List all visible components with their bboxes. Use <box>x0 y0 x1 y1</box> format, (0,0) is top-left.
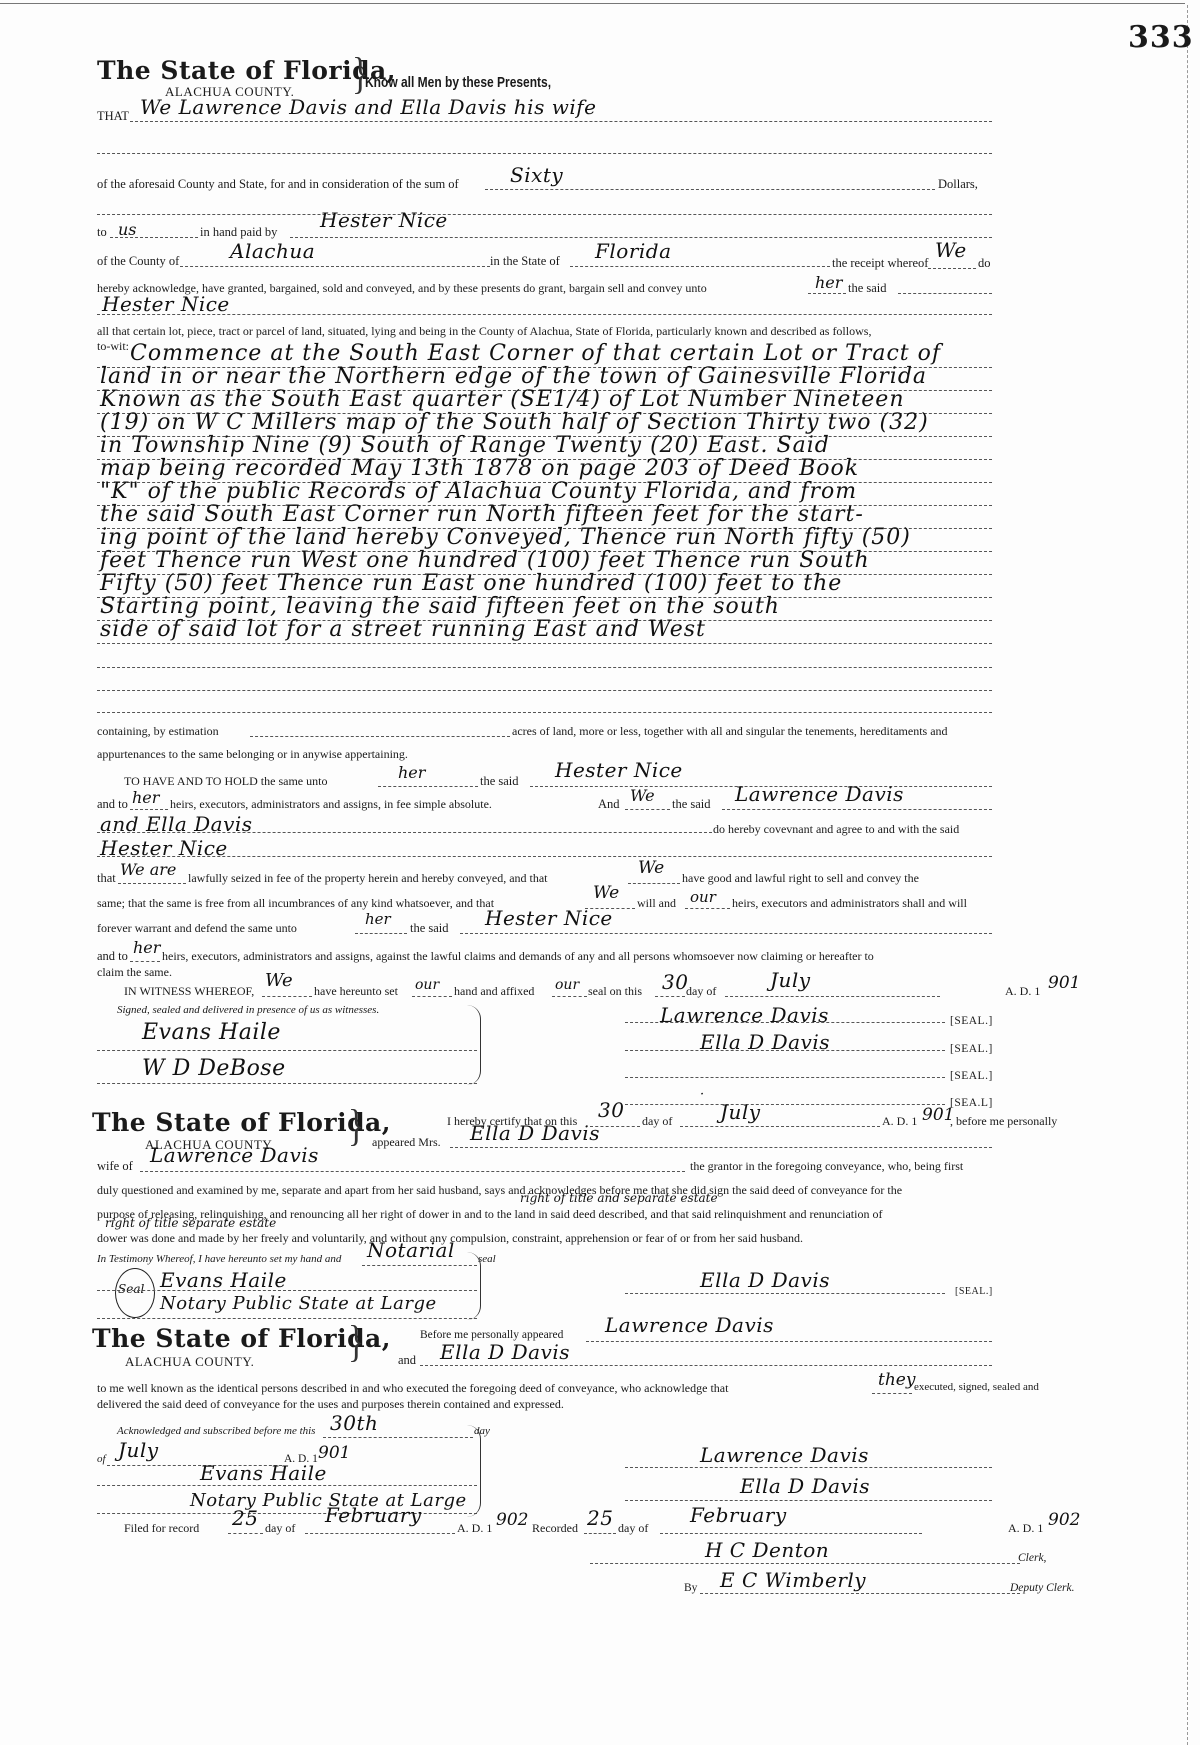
description-line: "K" of the public Records of Alachua Cou… <box>100 481 857 503</box>
seal-on-label: seal on this <box>588 985 642 997</box>
insert-annotation: right of title separate estate <box>105 1217 276 1229</box>
and-label: and <box>398 1354 416 1367</box>
they-line <box>872 1393 912 1394</box>
our-value: our <box>690 890 716 905</box>
habendum-grantors-2: and Ella Davis <box>100 814 253 834</box>
executed-text: executed, signed, sealed and <box>914 1382 1039 1393</box>
person-2: Ella D Davis <box>440 1342 570 1362</box>
sum-value: Sixty <box>510 165 563 185</box>
habendum-said: Hester Nice <box>555 760 683 780</box>
deputy-label: Deputy Clerk. <box>1010 1583 1075 1595</box>
witness-day: 30 <box>662 972 688 992</box>
and-to-value: her <box>132 790 159 806</box>
the-said-label: the said <box>672 798 711 811</box>
forever-said: Hester Nice <box>485 908 613 928</box>
to-value: us <box>118 222 137 238</box>
know-all-men: Know all Men by these Presents, <box>365 74 551 91</box>
the-said-label: the said <box>848 282 887 295</box>
ack-day-line <box>323 1437 473 1438</box>
person-1: Lawrence Davis <box>605 1315 774 1335</box>
page-top-border <box>0 3 1185 4</box>
to-wit-label: to-wit: <box>97 340 129 352</box>
wife-signature: Ella D Davis <box>700 1270 830 1290</box>
signature-line <box>625 1022 945 1023</box>
duly-text: duly questioned and examined by me, sepa… <box>97 1184 902 1196</box>
ack-signature-line <box>625 1467 992 1468</box>
description-rule <box>97 712 992 713</box>
description-rule <box>97 643 992 644</box>
ack-bracket <box>462 1425 481 1517</box>
habendum-grantors-1: Lawrence Davis <box>735 784 904 804</box>
wife-seal-label: [SEAL.] <box>955 1286 993 1297</box>
ack-year: 901 <box>318 1445 350 1462</box>
county-of-value: Alachua <box>230 241 315 261</box>
person-2-line <box>420 1365 992 1366</box>
aforesaid-text: of the aforesaid County and State, for a… <box>97 178 459 191</box>
that-label: THAT <box>97 110 129 123</box>
wife-of-line <box>140 1171 685 1172</box>
seal-value: our <box>555 978 579 992</box>
person-1-line <box>586 1341 992 1342</box>
signed-text: Signed, sealed and delivered in presence… <box>117 1005 379 1016</box>
seal-label: [SEAL.] <box>950 1070 993 1082</box>
page-right-border <box>1187 5 1188 1745</box>
state-of-value: Florida <box>595 241 672 261</box>
appeared-line <box>450 1147 992 1148</box>
page-number: 333 <box>1128 20 1194 55</box>
ack-notary-signature: Evans Haile <box>200 1463 327 1483</box>
seal-line <box>552 996 587 997</box>
warranty-that-line <box>118 883 186 884</box>
description-line: map being recorded May 13th 1878 on page… <box>100 458 859 480</box>
seal-type: Notarial <box>367 1240 455 1260</box>
clerk-signature: H C Denton <box>705 1540 829 1560</box>
month-line <box>725 996 940 997</box>
habendum-unto-line <box>378 786 478 787</box>
filed-day: 25 <box>232 1508 258 1528</box>
filed-year: 902 <box>496 1512 528 1529</box>
brace: } <box>348 1102 364 1151</box>
grantors-2-line <box>97 832 712 833</box>
by-label: By <box>684 1583 697 1595</box>
description-rule <box>97 690 992 691</box>
county-of-line <box>180 266 490 267</box>
seal-label: [SEA.L] <box>950 1097 993 1109</box>
signature-line <box>625 1104 945 1105</box>
recorded-day-of-label: day of <box>618 1522 648 1534</box>
grantors-line <box>130 121 992 122</box>
forever-unto-line <box>355 933 407 934</box>
testimony-text: In Testimony Whereof, I have hereunto se… <box>97 1254 341 1265</box>
ack-signature: Ella D Davis <box>740 1476 870 1496</box>
witness-year: 901 <box>1048 975 1080 992</box>
will-who: We <box>593 885 619 902</box>
description-line: land in or near the Northern edge of the… <box>100 366 927 388</box>
description-line: in Township Nine (9) South of Range Twen… <box>100 435 830 457</box>
filed-ad-label: A. D. 1 <box>457 1522 492 1534</box>
notary-seal-stamp-text: Seal <box>118 1283 144 1295</box>
certify-day-of-label: day of <box>642 1115 672 1127</box>
warranty-that-label: that <box>97 872 116 885</box>
grantor-text: the grantor in the foregoing conveyance,… <box>690 1160 963 1172</box>
witness-label: IN WITNESS WHEREOF, <box>124 985 254 997</box>
description-line: the said South East Corner run North fif… <box>100 504 864 526</box>
warranty-and-to-line <box>130 961 160 962</box>
ack-label: Acknowledged and subscribed before me th… <box>117 1426 315 1437</box>
description-line: Commence at the South East Corner of tha… <box>130 343 941 365</box>
said-line <box>898 293 992 294</box>
hand-line <box>412 996 452 997</box>
to-label: to <box>97 226 107 239</box>
filed-day-of-label: day of <box>265 1522 295 1534</box>
witness-who: We <box>265 972 293 990</box>
notary-bracket <box>462 1252 481 1320</box>
recorded-ad-label: A. D. 1 <box>1008 1522 1043 1534</box>
do-label: do <box>978 257 991 270</box>
habendum-label: TO HAVE AND TO HOLD the same unto <box>124 775 327 787</box>
deputy-line <box>700 1593 1020 1594</box>
acres-text: acres of land, more or less, together wi… <box>512 725 948 737</box>
warranty-and-to: her <box>133 940 160 956</box>
warranty-and-to-label: and to <box>97 950 128 963</box>
wife-of-label: wife of <box>97 1160 133 1173</box>
known-text: to me well known as the identical person… <box>97 1382 728 1394</box>
description-line: Starting point, leaving the said fifteen… <box>100 596 780 618</box>
acres-line <box>250 736 510 737</box>
notary-signature: Evans Haile <box>160 1270 287 1290</box>
recorded-month: February <box>690 1505 787 1525</box>
filed-month-line <box>305 1533 455 1534</box>
heirs-text: heirs, executors, administrators and ass… <box>170 798 492 810</box>
certify-day: 30 <box>598 1100 624 1120</box>
seal-label: [SEAL.] <box>950 1015 993 1027</box>
right-who-line <box>628 883 680 884</box>
ack-signature-line <box>625 1500 992 1501</box>
day-of-label: day of <box>686 985 716 997</box>
certify-month: July <box>720 1102 761 1122</box>
grantee-line <box>97 314 992 315</box>
clerk-label: Clerk, <box>1018 1553 1046 1565</box>
ack-signature: Lawrence Davis <box>700 1445 869 1465</box>
receipt-line <box>928 268 976 269</box>
appurtenances-text: appurtenances to the same belonging or i… <box>97 748 408 760</box>
unto-line <box>808 293 846 294</box>
witness-line <box>97 1083 477 1084</box>
set-label: have hereunto set <box>314 985 398 997</box>
ack-of-label: of <box>97 1454 106 1465</box>
covenantee-line <box>97 856 992 857</box>
paid-by-label: in hand paid by <box>200 226 277 239</box>
grantor-signature: Ella D Davis <box>700 1032 830 1052</box>
wife-signature-line <box>625 1293 945 1294</box>
filed-month: February <box>325 1505 422 1525</box>
appeared-label: appeared Mrs. <box>372 1136 441 1148</box>
affixed-label: hand and affixed <box>454 985 534 997</box>
clerk-line <box>590 1563 1020 1564</box>
state-heading: The State of Florida, <box>92 1108 391 1137</box>
containing-label: containing, by estimation <box>97 725 219 737</box>
sum-line <box>485 189 935 190</box>
signature-line <box>625 1050 945 1051</box>
notary-title: Notary Public State at Large <box>160 1295 437 1313</box>
ad-label: A. D. 1 <box>1005 985 1040 997</box>
ack-day: 30th <box>330 1413 378 1433</box>
unto-value: her <box>815 275 842 291</box>
warranty-heirs-text: heirs, executors and administrators shal… <box>732 897 967 909</box>
certify-month-line <box>680 1126 880 1127</box>
recorded-label: Recorded <box>532 1522 578 1534</box>
right-text: have good and lawful right to sell and c… <box>682 872 919 884</box>
right-who: We <box>638 860 664 877</box>
forever-said-line <box>460 933 992 934</box>
will-label: will and <box>637 897 676 909</box>
blank-line <box>97 214 992 215</box>
description-rule <box>97 667 992 668</box>
county-heading: ALACHUA COUNTY. <box>125 1354 254 1370</box>
filed-day-line <box>228 1533 263 1534</box>
deed-page: 333 The State of Florida, ALACHUA COUNTY… <box>0 0 1200 1745</box>
free-text: same; that the same is free from all inc… <box>97 897 494 909</box>
witness-month: July <box>770 970 811 990</box>
forever-text: forever warrant and defend the same unto <box>97 922 297 934</box>
notary-title-line <box>97 1318 477 1319</box>
appeared-value: Ella D Davis <box>470 1123 600 1143</box>
recorded-month-line <box>660 1533 922 1534</box>
our-line <box>685 908 730 909</box>
habendum-said-label: the said <box>480 775 519 788</box>
paid-by-value: Hester Nice <box>320 210 448 230</box>
recorded-day: 25 <box>587 1508 613 1528</box>
certify-ad-label: A. D. 1 <box>882 1115 917 1127</box>
county-of-label: of the County of <box>97 255 179 268</box>
receipt-who: We <box>935 240 967 260</box>
insert-annotation: right of title and separate estate <box>520 1192 718 1204</box>
against-text: heirs, executors, administrators and ass… <box>162 950 874 962</box>
description-line: ing point of the land hereby Conveyed, T… <box>100 527 911 549</box>
description-line: feet Thence run West one hundred (100) f… <box>100 550 870 572</box>
recorded-year: 902 <box>1048 1512 1080 1529</box>
description-line: Known as the South East quarter (SE1/4) … <box>100 389 905 411</box>
seized-text: lawfully seized in fee of the property h… <box>188 872 548 884</box>
grantee-value: Hester Nice <box>102 294 230 314</box>
paid-by-line <box>290 237 992 238</box>
seal-type-line <box>362 1265 477 1266</box>
grantor-signature: · <box>700 1088 704 1101</box>
and-to-line <box>130 809 168 810</box>
forever-said-label: the said <box>410 922 449 935</box>
and-label: And <box>598 798 620 811</box>
ack-notary-line <box>97 1485 477 1486</box>
receipt-label: the receipt whereof <box>832 257 928 270</box>
and-who-line <box>625 809 670 810</box>
grantors-value: We Lawrence Davis and Ella Davis his wif… <box>140 97 596 117</box>
state-heading: The State of Florida, <box>92 1324 391 1353</box>
signature-line <box>625 1077 945 1078</box>
description-line: Fifty (50) feet Thence run East one hund… <box>100 573 842 595</box>
description-line: side of said lot for a street running Ea… <box>100 619 706 641</box>
forever-unto: her <box>365 912 391 927</box>
dollars-label: Dollars, <box>938 178 978 191</box>
notary-line <box>97 1290 477 1291</box>
blank-line <box>97 153 992 154</box>
and-to-label: and to <box>97 798 128 811</box>
day-line <box>655 996 685 997</box>
brace: } <box>348 1318 364 1367</box>
witness-who-line <box>262 996 312 997</box>
covenant-text: do hereby covevnant and agree to and wit… <box>713 823 959 835</box>
and-who: We <box>630 788 655 804</box>
covenantee-value: Hester Nice <box>100 838 228 858</box>
witness-line <box>97 1050 477 1051</box>
deputy-signature: E C Wimberly <box>720 1570 866 1590</box>
grantors-line <box>722 809 992 810</box>
they-value: they <box>878 1372 915 1389</box>
witness-signature: Evans Haile <box>142 1022 281 1044</box>
seal-label: [SEAL.] <box>950 1043 993 1055</box>
hand-value: our <box>415 978 439 992</box>
recorded-day-line <box>584 1533 616 1534</box>
habendum-unto: her <box>398 765 425 781</box>
witness-bracket <box>460 1005 481 1085</box>
all-that-text: all that certain lot, piece, tract or pa… <box>97 325 871 337</box>
description-line: (19) on W C Millers map of the South hal… <box>100 412 929 434</box>
state-of-line <box>570 266 830 267</box>
filed-label: Filed for record <box>124 1522 199 1534</box>
ack-month: July <box>118 1440 159 1460</box>
state-of-label: in the State of <box>490 255 560 268</box>
delivered-text: delivered the said deed of conveyance fo… <box>97 1398 564 1410</box>
claim-text: claim the same. <box>97 966 172 978</box>
witness-signature: W D DeBose <box>142 1058 286 1080</box>
wife-of-value: Lawrence Davis <box>150 1145 319 1165</box>
before-text: , before me personally <box>950 1115 1057 1127</box>
warranty-that-who: We are <box>120 862 176 878</box>
